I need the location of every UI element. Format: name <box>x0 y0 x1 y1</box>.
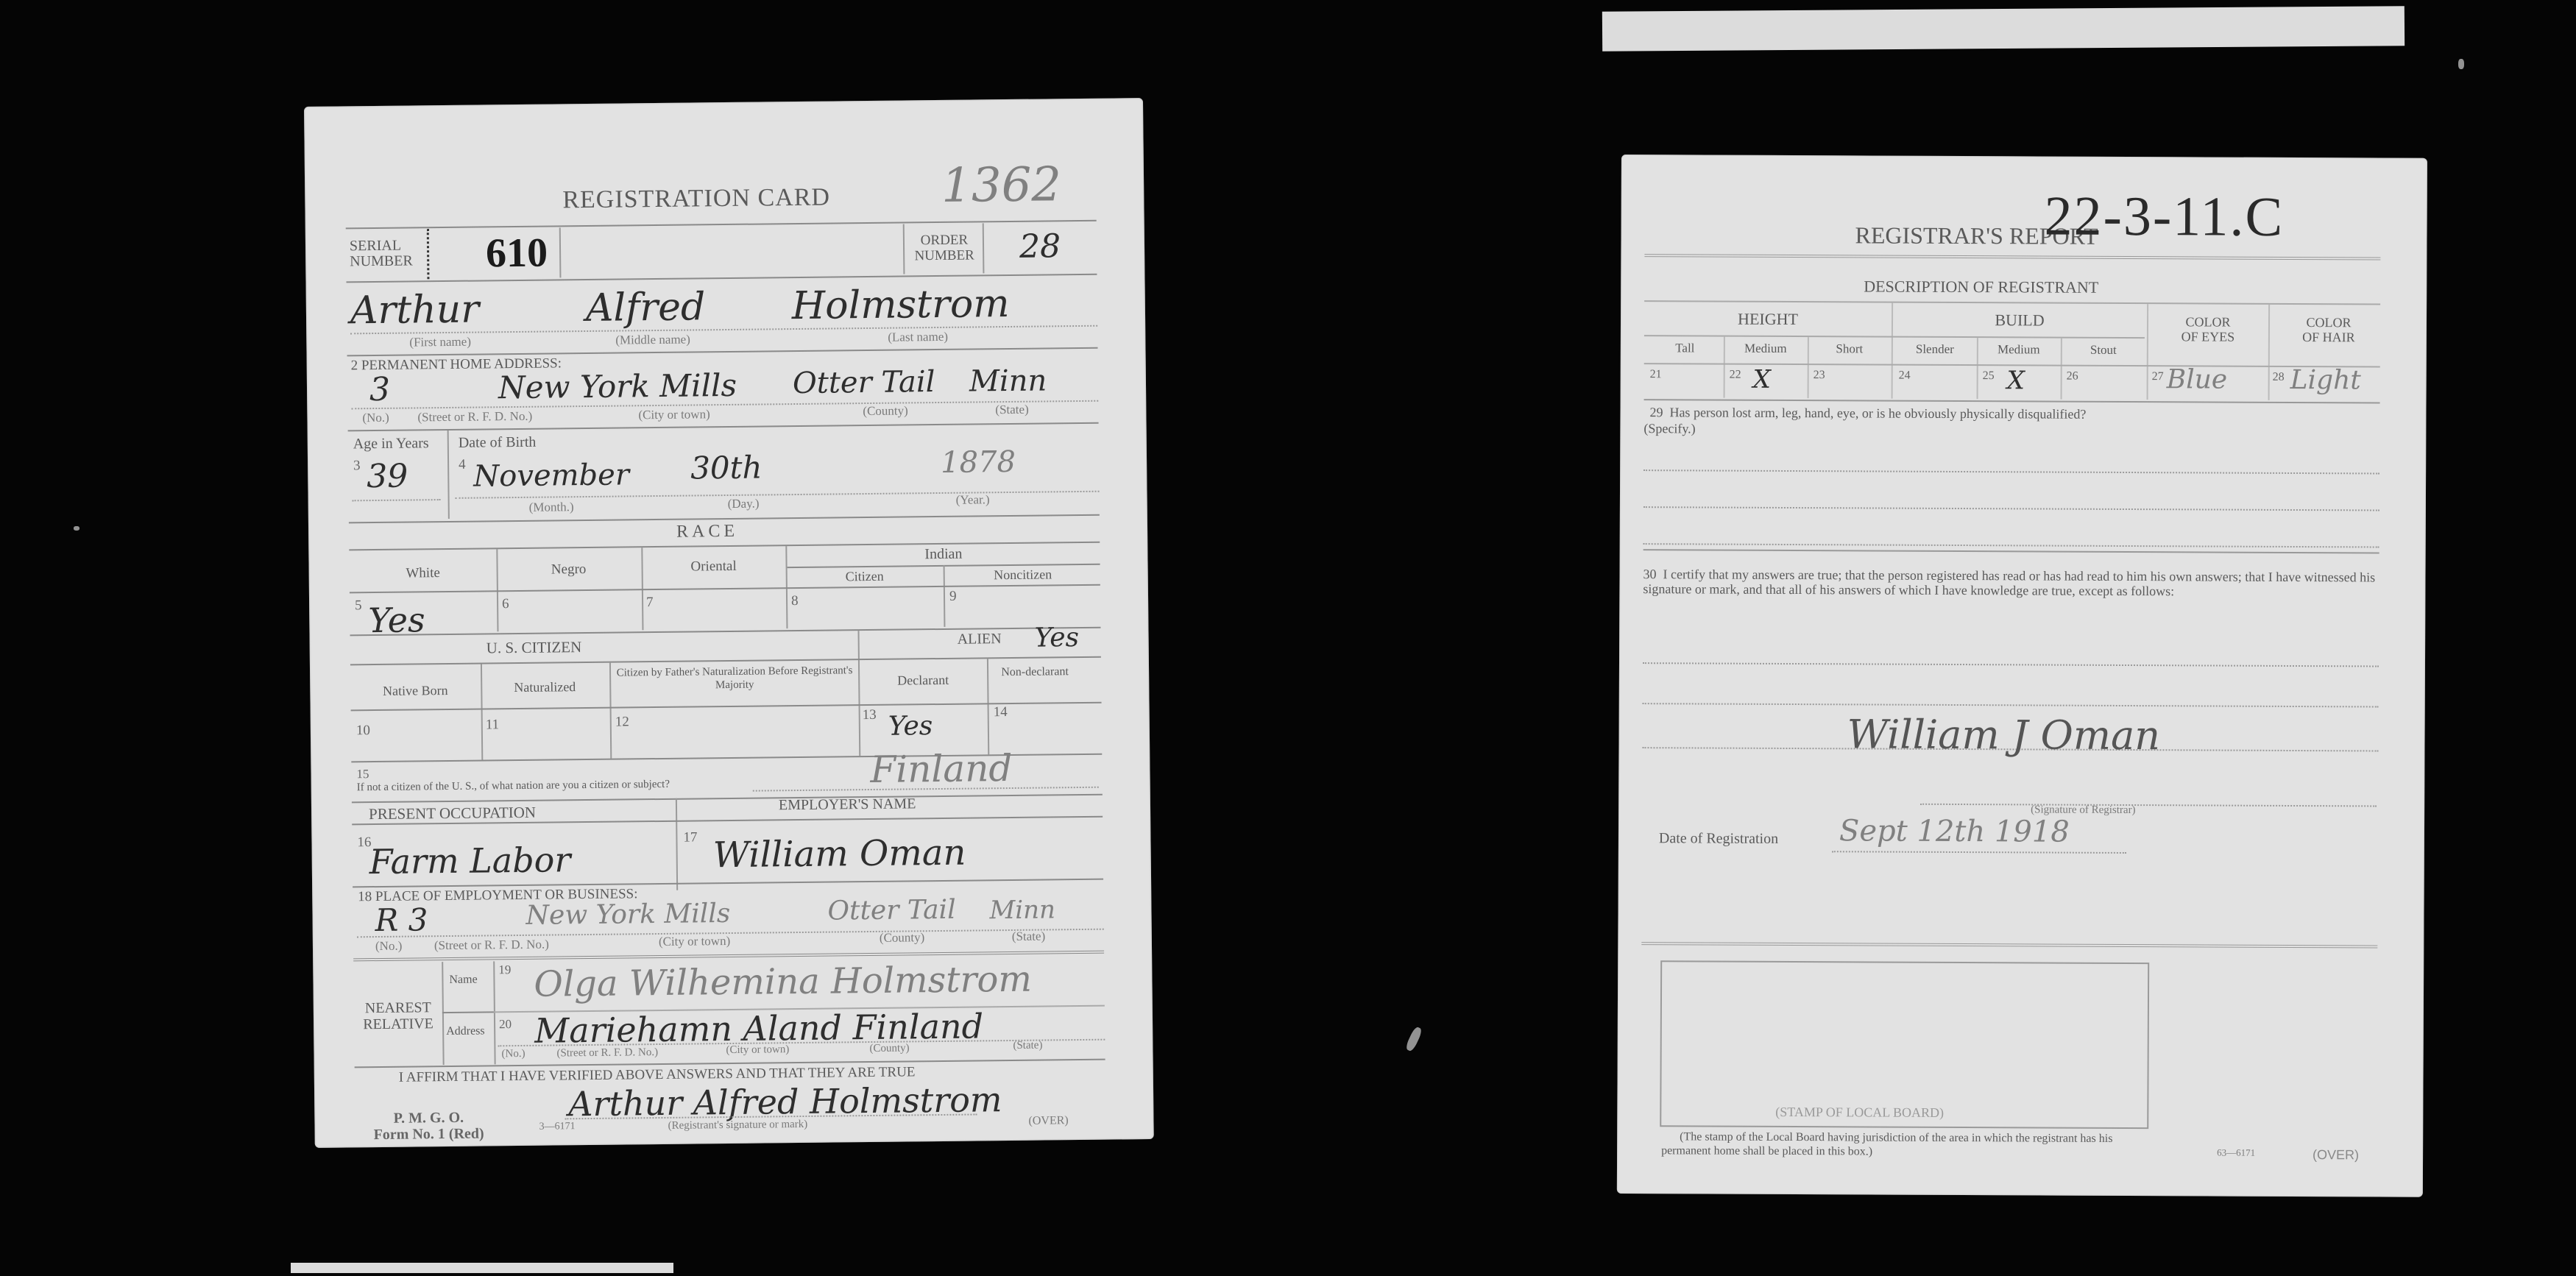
caption-street: (Street or R. F. D. No.) <box>417 409 532 425</box>
field-no-17: 17 <box>683 829 697 846</box>
field-no-21: 21 <box>1650 368 1662 381</box>
field-no-15: 15 <box>356 767 369 781</box>
caption-street: (Street or R. F. D. No.) <box>556 1046 658 1060</box>
employment-number: R 3 <box>375 901 428 938</box>
nearest-relative-line-1: NEAREST <box>358 999 439 1016</box>
field-no-13: 13 <box>863 707 877 723</box>
field-no-11: 11 <box>486 717 500 733</box>
field-no-8: 8 <box>791 593 799 609</box>
relative-name-value: Olga Wilhemina Holmstrom <box>534 959 1032 1005</box>
nearest-relative-line-2: RELATIVE <box>358 1016 439 1032</box>
field-no-20: 20 <box>499 1017 512 1032</box>
dust-speck <box>1404 1026 1423 1052</box>
field-no-29: 29 <box>1649 405 1663 419</box>
dob-caption-day: (Day.) <box>728 497 760 511</box>
caption-county: (County) <box>880 930 925 946</box>
race-col-indian-noncitizen: Noncitizen <box>946 567 1100 584</box>
registration-card-back: REGISTRAR'S REPORT 22-3-11.C DESCRIPTION… <box>1617 155 2427 1197</box>
alien-value: Yes <box>1034 623 1079 653</box>
hair-heading: COLOR OF HAIR <box>2270 315 2388 345</box>
dob-caption-year: (Year.) <box>956 492 990 507</box>
relative-address-label: Address <box>446 1024 485 1038</box>
field-no-28: 28 <box>2273 371 2285 384</box>
local-board-stamp-box <box>1660 960 2149 1129</box>
q30-text: 30 I certify that my answers are true; t… <box>1643 567 2379 599</box>
eyes-heading-line-1: COLOR <box>2149 314 2267 330</box>
field-no-6: 6 <box>502 596 509 612</box>
home-address-number: 3 <box>369 371 391 408</box>
build-heading: BUILD <box>1894 311 2145 330</box>
q29-question: Has person lost arm, leg, hand, eye, or … <box>1669 405 2086 421</box>
form-code: P. M. G. O. Form No. 1 (Red) <box>344 1109 513 1143</box>
race-col-indian-citizen: Citizen <box>788 568 942 585</box>
dob-day: 30th <box>690 450 762 486</box>
race-col-white: White <box>353 564 493 582</box>
caption-city: (City or town) <box>659 934 730 949</box>
home-address-county: Otter Tail <box>793 365 935 400</box>
col-non-declarant: Non-declarant <box>991 665 1079 679</box>
dust-speck <box>2458 59 2464 69</box>
serial-label-line-1: SERIAL <box>350 238 413 254</box>
field-no-24: 24 <box>1899 369 1911 383</box>
employer-value: William Oman <box>712 832 966 876</box>
height-col-tall: Tall <box>1646 341 1724 355</box>
order-label-line-1: ORDER <box>907 232 981 248</box>
relative-name-label: Name <box>449 974 477 987</box>
registration-card-front: REGISTRATION CARD 1362 SERIAL NUMBER 610… <box>304 98 1154 1148</box>
q29-specify: (Specify.) <box>1643 421 1695 436</box>
q30-certification: I certify that my answers are true; that… <box>1643 567 2375 598</box>
eye-color-value: Blue <box>2167 364 2228 394</box>
caption-street: (Street or R. F. D. No.) <box>434 937 549 954</box>
dob-caption-month: (Month.) <box>529 500 574 515</box>
caption-county: (County) <box>869 1042 909 1055</box>
order-number: 28 <box>1019 227 1061 266</box>
caption-state: (State) <box>995 403 1029 417</box>
serial-label: SERIAL NUMBER <box>350 238 413 269</box>
annotation-number: 1362 <box>941 157 1062 213</box>
height-medium-mark: X <box>1753 365 1771 394</box>
race-heading: RACE <box>676 522 738 542</box>
stamp-note: (The stamp of the Local Board having jur… <box>1661 1130 2162 1160</box>
description-heading: DESCRIPTION OF REGISTRANT <box>1864 277 2098 297</box>
height-col-medium: Medium <box>1725 341 1806 356</box>
field-no-12: 12 <box>615 714 629 730</box>
race-col-oriental: Oriental <box>643 558 783 575</box>
serial-label-line-2: NUMBER <box>350 253 413 269</box>
middle-name-value: Alfred <box>586 285 706 330</box>
stamp-number: 22-3-11.C <box>2044 185 2284 249</box>
back-print-code: 63—6171 <box>2217 1147 2255 1159</box>
serial-number: 610 <box>486 230 548 277</box>
occupation-value: Farm Labor <box>369 840 570 882</box>
nation-question: If not a citizen of the U. S., of what n… <box>357 779 670 794</box>
field-no-25: 25 <box>1983 369 1995 383</box>
hair-heading-line-2: OF HAIR <box>2270 330 2388 345</box>
field-no-26: 26 <box>2067 370 2078 383</box>
col-declarant: Declarant <box>860 672 986 689</box>
build-col-stout: Stout <box>2062 343 2145 358</box>
adjacent-card-top-strip <box>1602 6 2405 52</box>
race-indian-heading: Indian <box>787 545 1100 564</box>
caption-no: (No.) <box>501 1048 525 1060</box>
occupation-heading: PRESENT OCCUPATION <box>369 804 536 823</box>
stamp-box-label: (STAMP OF LOCAL BOARD) <box>1775 1105 1944 1121</box>
age-value: 39 <box>367 458 408 496</box>
home-address-city: New York Mills <box>498 367 737 405</box>
hair-heading-line-1: COLOR <box>2270 315 2388 330</box>
employment-county: Otter Tail <box>827 895 956 926</box>
form-code-line-2: Form No. 1 (Red) <box>344 1125 514 1143</box>
print-code: 3—6171 <box>539 1121 575 1133</box>
nearest-relative-label: NEAREST RELATIVE <box>358 999 439 1032</box>
middle-name-caption: (Middle name) <box>615 333 690 348</box>
field-no-27: 27 <box>2152 370 2164 383</box>
col-native-born: Native Born <box>353 683 478 700</box>
nation-value: Finland <box>870 747 1013 791</box>
field-no-10: 10 <box>356 723 370 739</box>
date-of-registration-value: Sept 12th 1918 <box>1839 814 2070 848</box>
caption-no: (No.) <box>375 939 403 954</box>
card-title: REGISTRATION CARD <box>562 184 830 215</box>
caption-no: (No.) <box>362 411 389 425</box>
race-col-negro: Negro <box>498 561 638 578</box>
last-name-caption: (Last name) <box>888 330 948 345</box>
caption-city: (City or town) <box>638 407 710 422</box>
us-citizen-heading: U. S. CITIZEN <box>486 638 582 657</box>
signature-caption: (Registrant's signature or mark) <box>668 1119 807 1133</box>
field-no-19: 19 <box>498 963 511 977</box>
eyes-heading-line-2: OF EYES <box>2149 329 2267 344</box>
eyes-heading: COLOR OF EYES <box>2149 314 2267 344</box>
field-no-5: 5 <box>355 598 362 614</box>
hair-color-value: Light <box>2290 365 2361 395</box>
build-col-slender: Slender <box>1894 342 1975 357</box>
caption-county: (County) <box>863 403 908 419</box>
build-medium-mark: X <box>2007 366 2025 395</box>
home-address-state: Minn <box>969 364 1047 398</box>
caption-city: (City or town) <box>726 1043 789 1057</box>
age-field-no: 3 <box>353 458 361 474</box>
field-no-22: 22 <box>1730 369 1741 382</box>
field-no-30: 30 <box>1643 567 1656 581</box>
registrar-signature: William J Oman <box>1847 711 2160 759</box>
dob-label: Date of Birth <box>459 434 537 452</box>
back-over-label: (OVER) <box>2313 1147 2359 1163</box>
col-naturalized: Naturalized <box>482 679 607 696</box>
first-name-value: Arthur <box>350 288 480 333</box>
dob-year: 1878 <box>941 445 1016 480</box>
over-label: (OVER) <box>1028 1114 1068 1128</box>
field-no-9: 9 <box>949 589 957 605</box>
col-citizen-by-father: Citizen by Father's Naturalization Befor… <box>613 664 856 692</box>
build-col-medium: Medium <box>1978 342 2059 357</box>
height-col-short: Short <box>1809 341 1890 356</box>
dust-speck <box>74 526 79 531</box>
date-of-registration-label: Date of Registration <box>1659 830 1778 848</box>
employer-heading: EMPLOYER'S NAME <box>779 795 916 814</box>
q29-text: 29 Has person lost arm, leg, hand, eye, … <box>1649 405 2086 422</box>
height-heading: HEIGHT <box>1646 309 1889 329</box>
field-no-7: 7 <box>646 595 654 611</box>
dob-month: November <box>473 458 629 493</box>
dob-field-no: 4 <box>459 457 466 473</box>
alien-heading: ALIEN <box>958 631 1002 648</box>
field-no-14: 14 <box>994 704 1008 720</box>
caption-state: (State) <box>1012 929 1046 944</box>
employment-state: Minn <box>989 895 1055 925</box>
field-no-23: 23 <box>1814 369 1825 382</box>
caption-state: (State) <box>1013 1040 1042 1052</box>
employment-city: New York Mills <box>526 898 730 931</box>
last-name-value: Holmstrom <box>792 282 1010 328</box>
age-label: Age in Years <box>353 435 429 453</box>
form-code-line-1: P. M. G. O. <box>344 1109 513 1127</box>
order-label: ORDER NUMBER <box>907 232 981 263</box>
first-name-caption: (First name) <box>409 335 471 350</box>
declarant-value: Yes <box>888 711 933 742</box>
order-label-line-2: NUMBER <box>907 247 981 263</box>
adjacent-card-bottom-strip <box>291 1263 673 1273</box>
